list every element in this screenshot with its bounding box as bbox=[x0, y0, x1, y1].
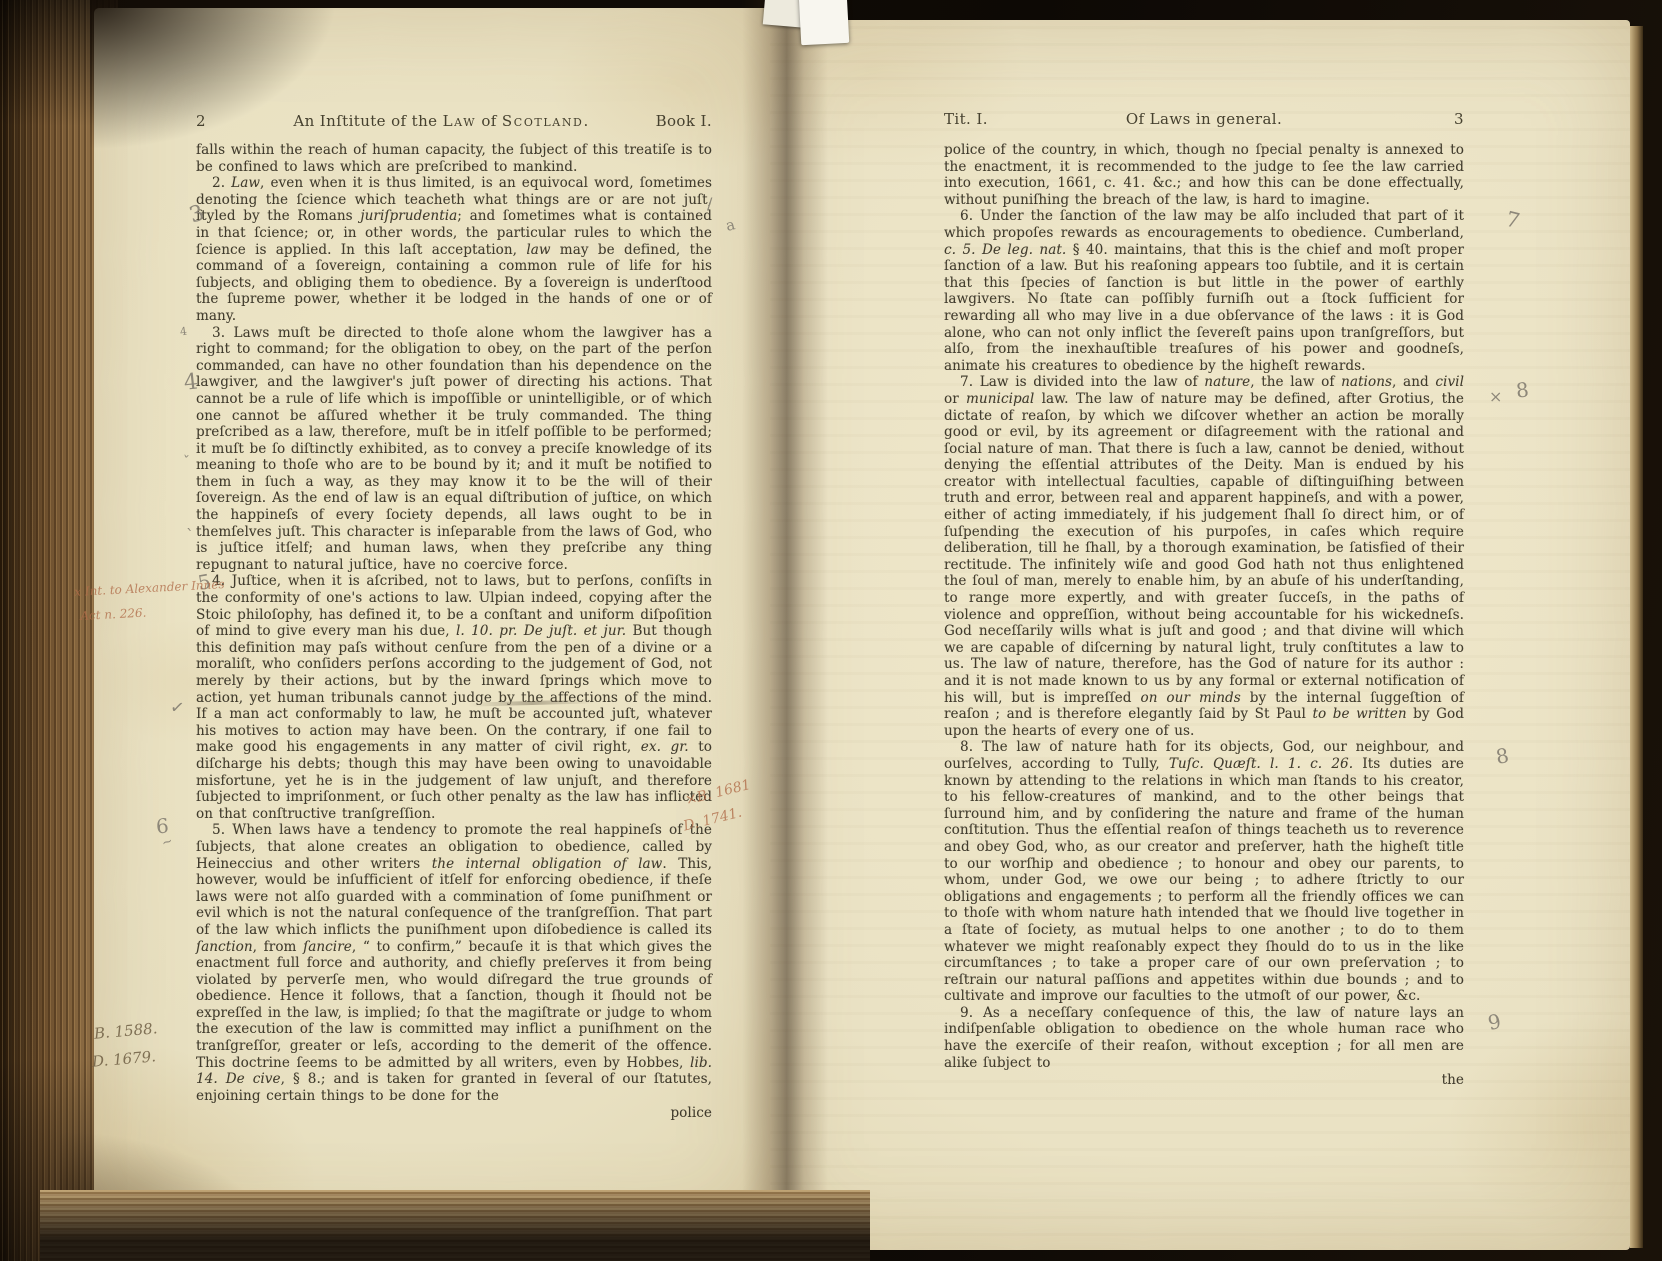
left-page-header: 2 An Inſtitute of the Law of Scotland. B… bbox=[196, 112, 712, 130]
right-page-number: 3 bbox=[1394, 110, 1464, 128]
paragraph: 9. As a neceſſary conſequence of this, t… bbox=[944, 1005, 1464, 1071]
left-running-title: An Inſtitute of the Law of Scotland. bbox=[240, 112, 642, 130]
marginalia-note: 4 bbox=[183, 371, 199, 394]
paragraph: police of the country, in which, though … bbox=[944, 142, 1464, 208]
marginalia-note: ✓ bbox=[169, 699, 185, 718]
right-fore-edge bbox=[1630, 26, 1643, 1248]
paragraph: falls within the reach of human capacity… bbox=[196, 142, 712, 175]
paragraph: 4. Juſtice, when it is aſcribed, not to … bbox=[196, 573, 712, 822]
right-running-title: Of Laws in general. bbox=[1014, 110, 1394, 128]
marginalia-note: 8 bbox=[1515, 379, 1530, 400]
marginalia-note: ˇ bbox=[1410, 570, 1417, 583]
bottom-page-edges bbox=[40, 1190, 870, 1261]
paragraph: 2. Law, even when it is thus limited, is… bbox=[196, 175, 712, 324]
left-page-number: 2 bbox=[196, 112, 240, 130]
marginalia-note: / bbox=[1112, 727, 1117, 741]
paper-slip-large bbox=[799, 0, 850, 45]
right-page-header: Tit. I. Of Laws in general. 3 bbox=[944, 110, 1464, 128]
right-page-text: police of the country, in which, though … bbox=[944, 142, 1464, 1089]
paragraph: 7. Law is divided into the law of nature… bbox=[944, 374, 1464, 739]
paragraph: 6. Under the ſanction of the law may be … bbox=[944, 208, 1464, 374]
paragraph: 8. The law of nature hath for its object… bbox=[944, 739, 1464, 1005]
marginalia-note: Act n. 226. bbox=[80, 607, 147, 622]
gutter-shadow bbox=[742, 0, 828, 1261]
catchword: police bbox=[196, 1105, 712, 1122]
catchword: the bbox=[944, 1072, 1464, 1089]
marginalia-note: / bbox=[707, 196, 712, 212]
book-photo: 2 An Inſtitute of the Law of Scotland. B… bbox=[0, 0, 1662, 1261]
left-page-text: falls within the reach of human capacity… bbox=[196, 142, 712, 1122]
book-number: Book I. bbox=[642, 112, 712, 130]
marginalia-note: 4 bbox=[179, 326, 187, 338]
title-number: Tit. I. bbox=[944, 110, 1014, 128]
paragraph: 5. When laws have a tendency to promote … bbox=[196, 822, 712, 1104]
marginalia-note: ˋ bbox=[186, 528, 194, 544]
marginalia-note: × bbox=[1489, 389, 1502, 405]
paragraph: 3. Laws muſt be directed to thoſe alone … bbox=[196, 325, 712, 574]
